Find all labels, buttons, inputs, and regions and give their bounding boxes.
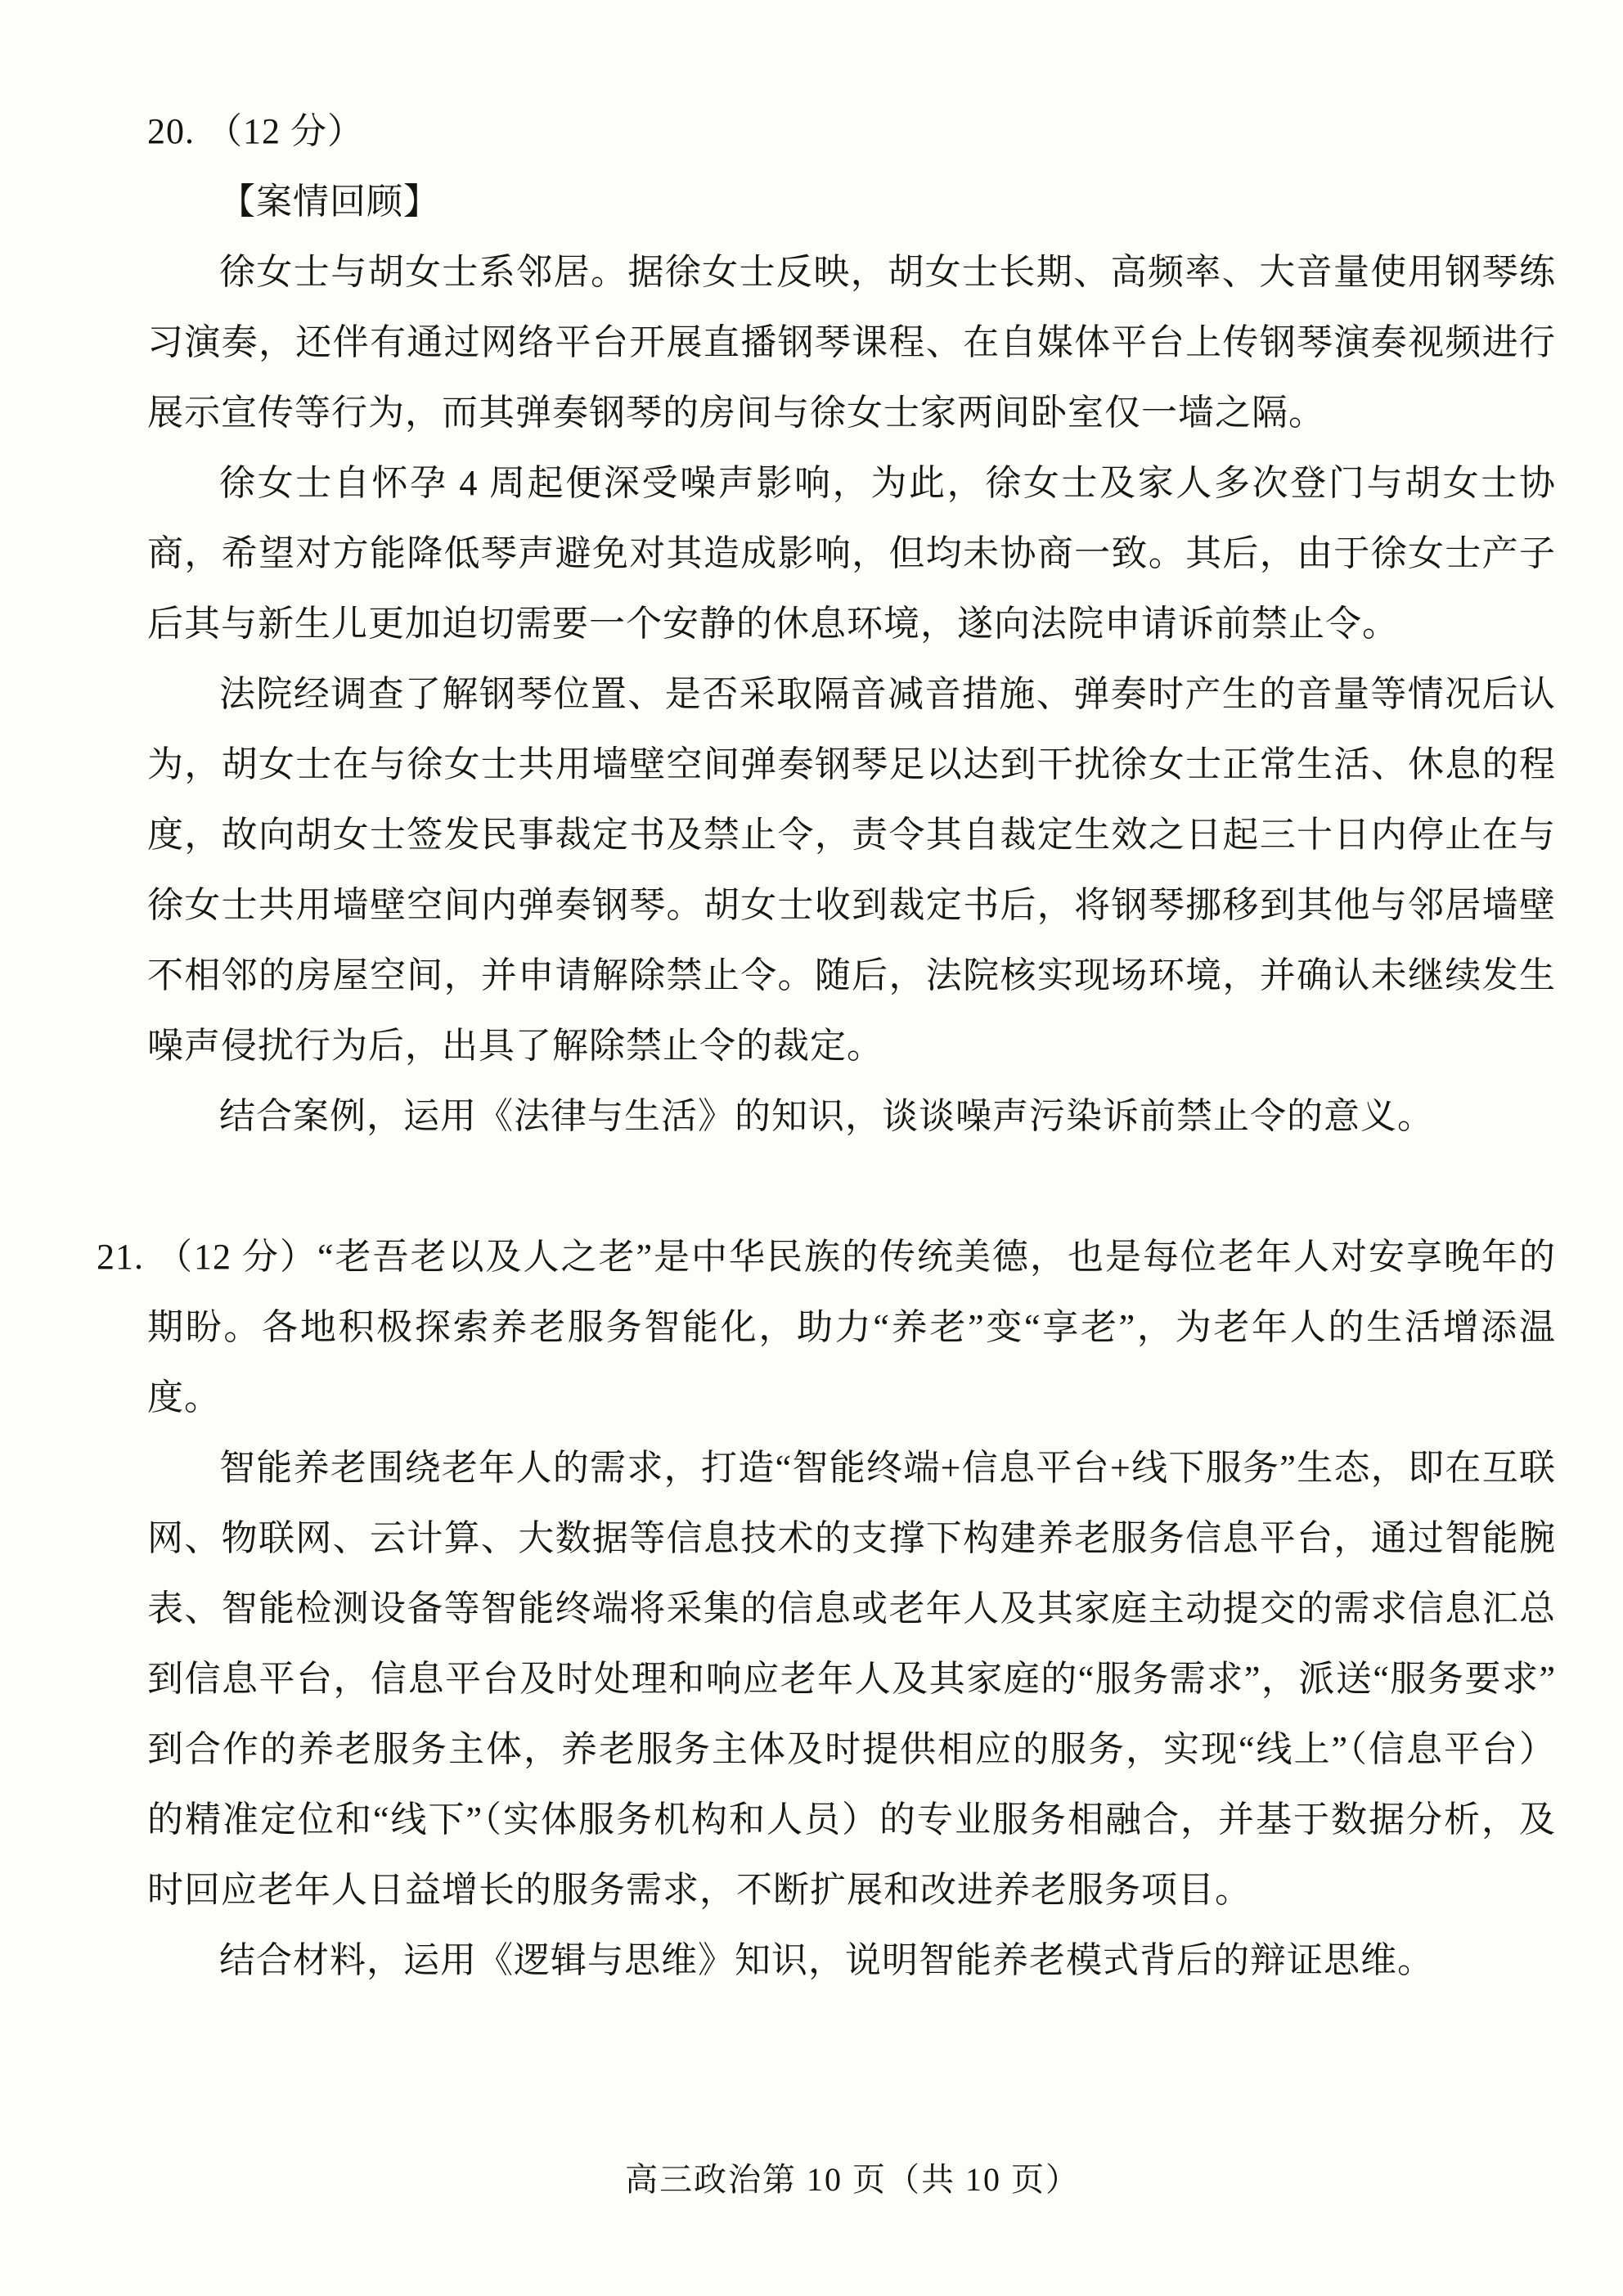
q21-score: （12 分） (155, 1237, 317, 1277)
q20-section-header: 【案情回顾】 (147, 167, 1556, 237)
page-footer: 高三政治第 10 页（共 10 页） (82, 2145, 1623, 2215)
question-20: 20.（12 分） 【案情回顾】 徐女士与胡女士系邻居。据徐女士反映，胡女士长期… (147, 97, 1556, 1152)
exam-page: 20.（12 分） 【案情回顾】 徐女士与胡女士系邻居。据徐女士反映，胡女士长期… (0, 0, 1623, 2296)
q20-score: （12 分） (206, 111, 364, 151)
q21-prompt: 结合材料，运用《逻辑与思维》知识，说明智能养老模式背后的辩证思维。 (147, 1925, 1556, 1996)
q21-lead-text: “老吾老以及人之老”是中华民族的传统美德，也是每位老年人对安享晚年的期盼。各地积… (147, 1237, 1556, 1418)
q20-paragraph-3: 法院经调查了解钢琴位置、是否采取隔音减音措施、弹奏时产生的音量等情况后认为，胡女… (147, 659, 1556, 1081)
q20-paragraph-2: 徐女士自怀孕 4 周起便深受噪声影响，为此，徐女士及家人多次登门与胡女士协商，希… (147, 448, 1556, 659)
q20-paragraph-1: 徐女士与胡女士系邻居。据徐女士反映，胡女士长期、高频率、大音量使用钢琴练习演奏，… (147, 237, 1556, 448)
q20-number-line: 20.（12 分） (147, 97, 1556, 167)
question-21: 21.（12 分）“老吾老以及人之老”是中华民族的传统美德，也是每位老年人对安享… (147, 1222, 1556, 1996)
q20-prompt: 结合案例，运用《法律与生活》的知识，谈谈噪声污染诉前禁止令的意义。 (147, 1081, 1556, 1152)
page-content: 20.（12 分） 【案情回顾】 徐女士与胡女士系邻居。据徐女士反映，胡女士长期… (147, 97, 1556, 1996)
q21-number: 21. (97, 1237, 144, 1277)
q21-paragraph: 智能养老围绕老年人的需求，打造“智能终端+信息平台+线下服务”生态，即在互联网、… (147, 1433, 1556, 1925)
q20-number: 20. (147, 111, 195, 151)
q21-opening-line: 21.（12 分）“老吾老以及人之老”是中华民族的传统美德，也是每位老年人对安享… (147, 1222, 1556, 1433)
